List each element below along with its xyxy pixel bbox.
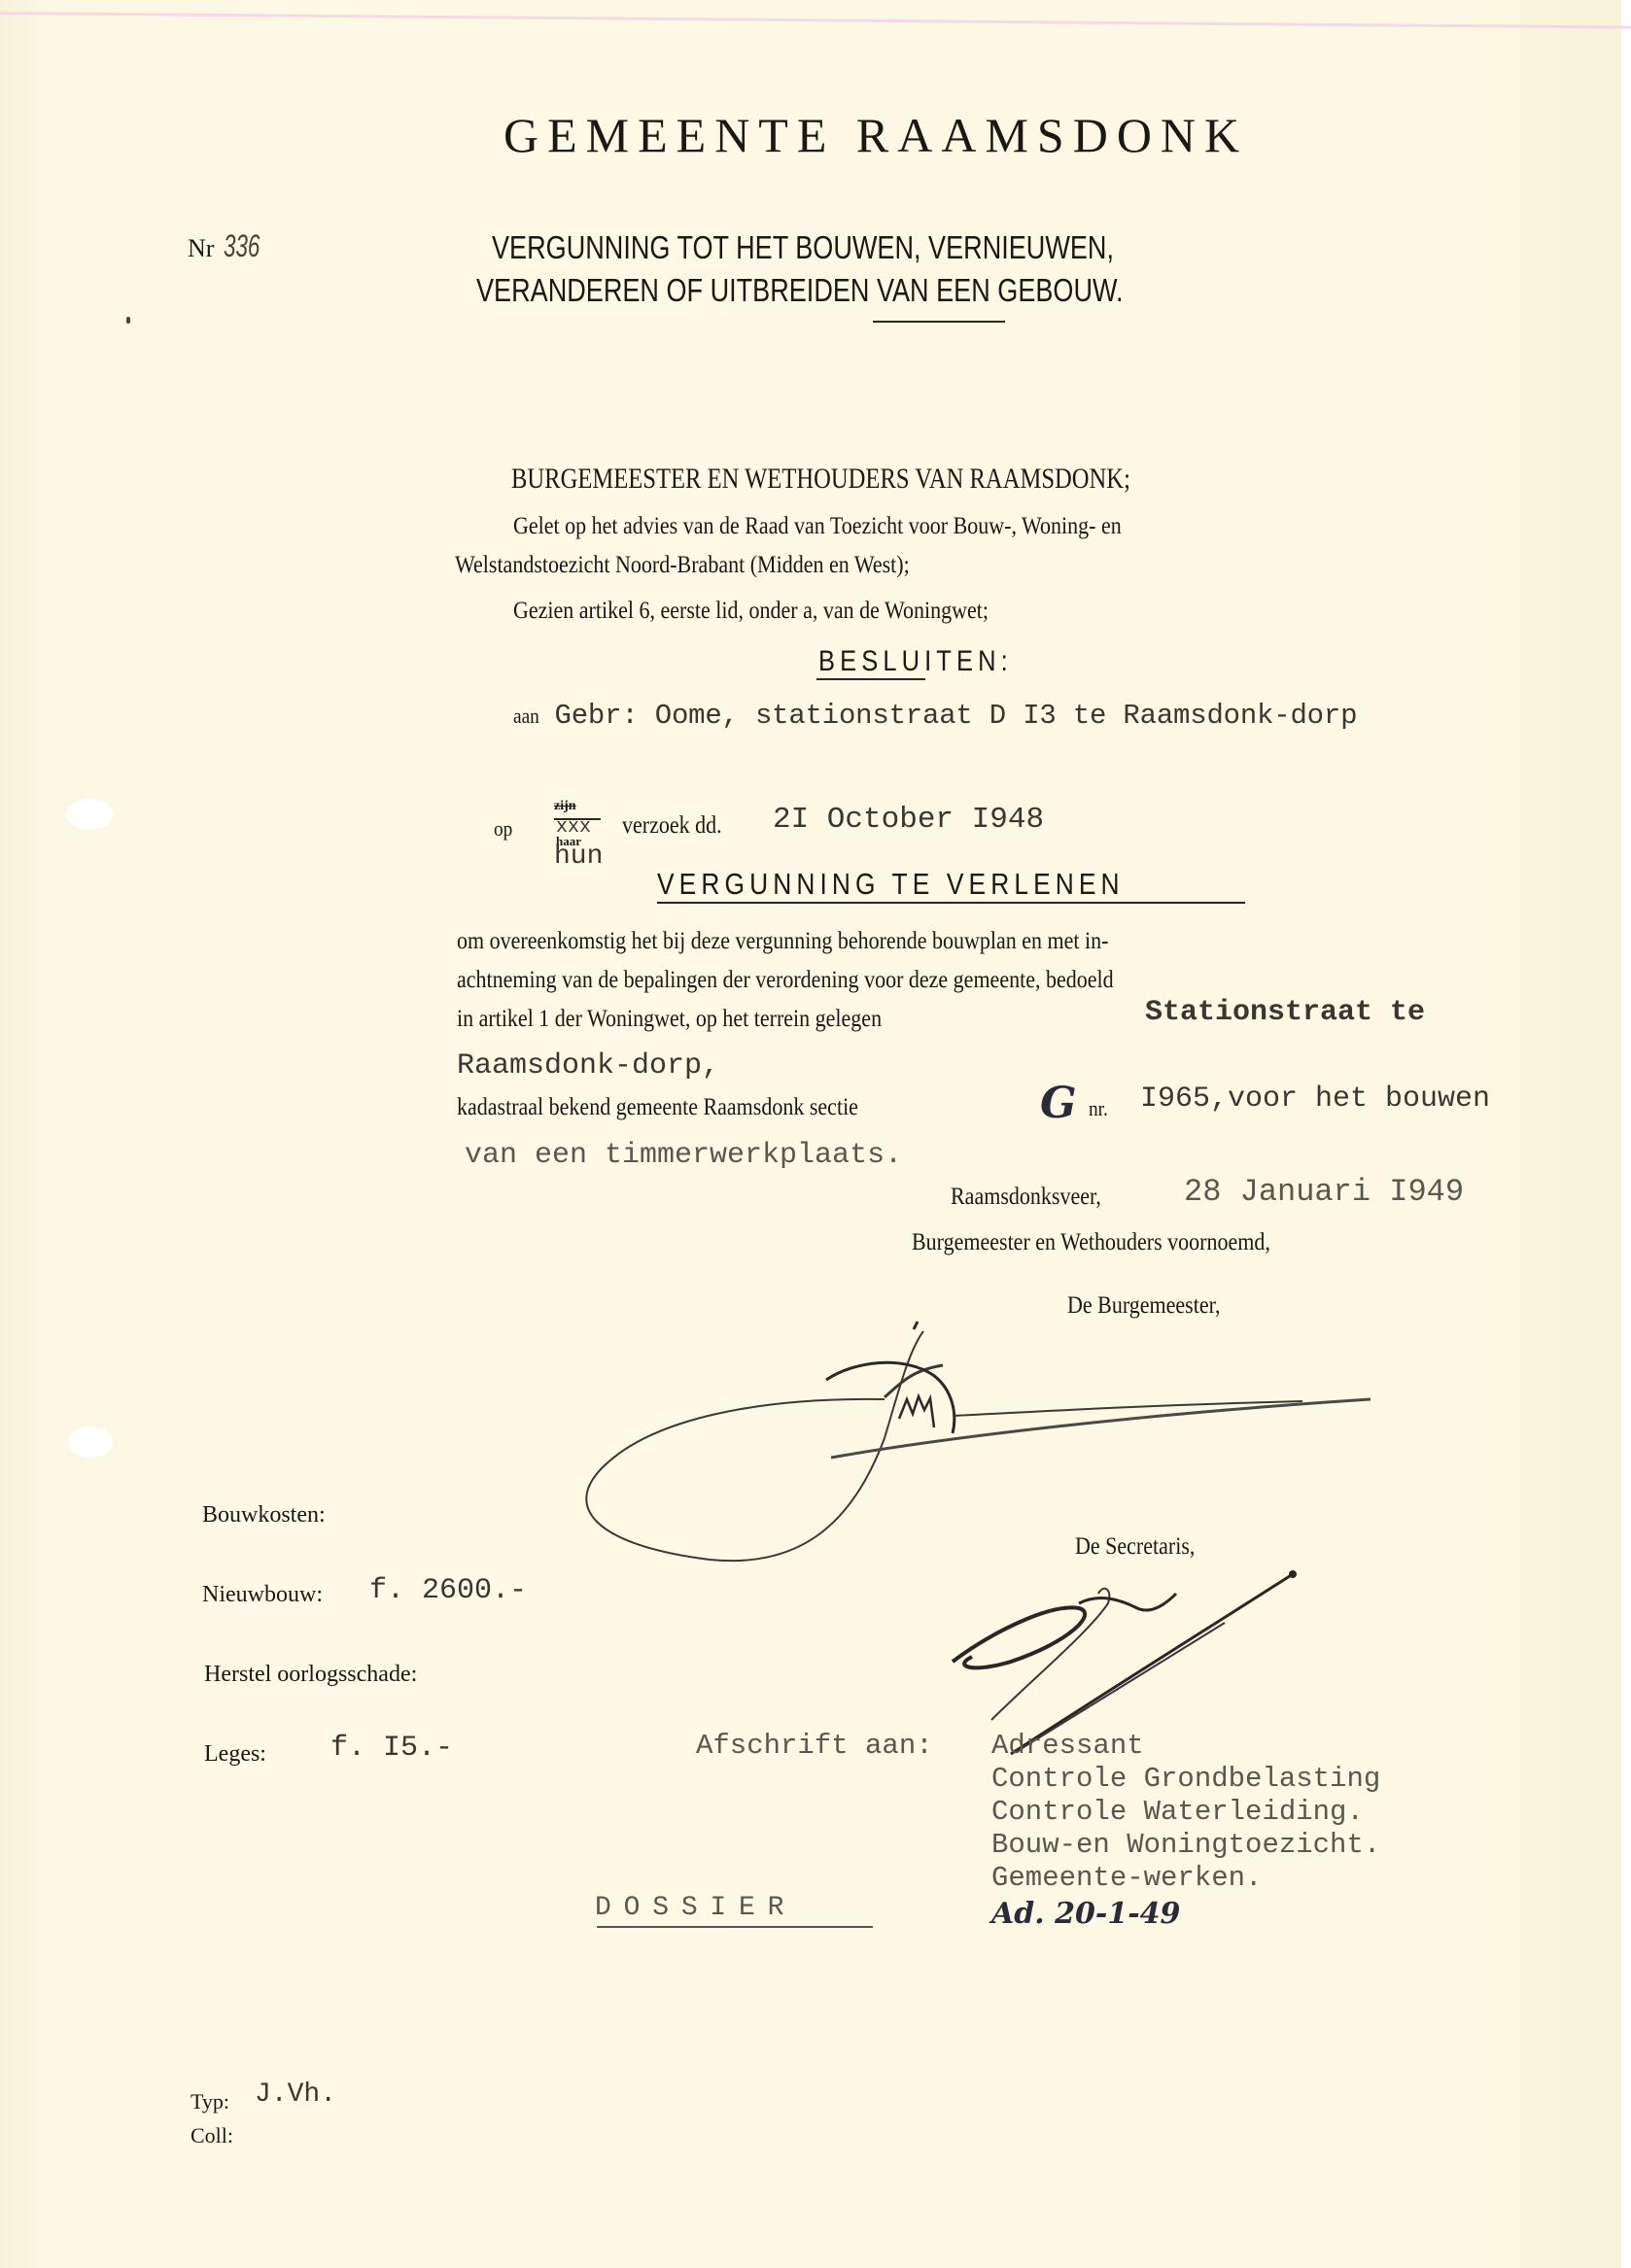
grant-heading: VERGUNNING TE VERLENEN [657,867,1125,902]
copies-label: Afschrift aan: [696,1730,933,1762]
parcel-typed: I965,voor het bouwen [1140,1082,1490,1116]
besluiten-underline [816,678,925,680]
verzoek-label: verzoek dd. [622,812,722,840]
nieuwbouw-label: Nieuwbouw: [202,1582,323,1608]
parcel-nr-label: nr. [1089,1096,1108,1121]
location-typed-2: Raamsdonk-dorp, [457,1049,719,1082]
typ-value: J.Vh. [255,2079,336,2110]
punch-hole-bottom [68,1426,113,1458]
copy-recipient: Adressant [991,1730,1144,1762]
punch-hole-top [66,799,113,830]
recipient-line: aan Gebr: Oome, stationstraat D I3 te Ra… [513,700,1357,732]
margin-dot [126,317,130,324]
copy-recipient: Bouw-en Woningtoezicht. [991,1829,1380,1861]
header-divider [873,321,1005,323]
request-date: 2I October I948 [773,803,1044,837]
grant-underline [657,902,1245,904]
authority-heading: BURGEMEESTER EN WETHOUDERS VAN RAAMSDONK… [511,463,1130,496]
purpose-typed: van een timmerwerkplaats. [465,1139,902,1172]
terms-line1: om overeenkomstig het bij deze vergunnin… [457,928,1108,955]
municipality-title: GEMEENTE RAAMSDONK [503,107,1248,163]
handwritten-note: Ad. 20-1-49 [991,1897,1180,1931]
gezien-line: Gezien artikel 6, eerste lid, onder a, v… [513,598,989,625]
aan-label: aan [513,704,539,729]
sign-date: 28 Januari I949 [1184,1174,1464,1210]
pronoun-zijn: zijn [554,799,576,814]
terms-line2: achtneming van de bepalingen der verorde… [457,967,1114,994]
permit-subtitle-line2: VERANDEREN OF UITBREIDEN VAN EEN GEBOUW. [476,272,1124,309]
place-label: Raamsdonksveer, [951,1184,1101,1211]
gelet-line2: Welstandstoezicht Noord-Brabant (Midden … [455,552,910,579]
gelet-line1: Gelet op het advies van de Raad van Toez… [513,513,1122,540]
recipient-typed: Gebr: Oome, stationstraat D I3 te Raamsd… [555,700,1358,732]
mayor-signature [564,1322,1439,1574]
copy-recipient: Controle Grondbelasting [991,1763,1380,1795]
terms-line3: in artikel 1 der Woningwet, op het terre… [457,1006,882,1033]
pronoun-hun: hun [554,842,603,872]
besluiten-heading: BESLUITEN: [818,645,1013,678]
mayor-title: De Burgemeester, [1067,1292,1221,1320]
signing-authority: Burgemeester en Wethouders voornoemd, [912,1229,1270,1256]
costs-heading: Bouwkosten: [202,1502,326,1529]
herstel-label: Herstel oorlogsschade: [204,1662,417,1688]
sectie-handwritten: G [1040,1079,1077,1128]
nieuwbouw-value: f. 2600.- [369,1574,527,1607]
permit-subtitle-line1: VERGUNNING TOT HET BOUWEN, VERNIEUWEN, [492,229,1114,266]
leges-value: f. I5.- [330,1732,453,1765]
op-label: op [494,816,512,842]
kadaster-label: kadastraal bekend gemeente Raamsdonk sec… [457,1094,858,1121]
secretary-title: De Secretaris, [1075,1533,1195,1561]
coll-label: Coll: [191,2123,233,2148]
location-typed-1: Stationstraat te [1145,996,1425,1029]
pronoun-choice: zijn xxx haar hun [533,799,620,876]
dossier-underline [597,1926,873,1928]
copy-recipient: Controle Waterleiding. [991,1796,1364,1828]
dossier-label: D O S S I E R [595,1893,781,1923]
scan-edge [1621,0,1631,2268]
permit-number: Nr 336 [188,228,276,264]
typ-label: Typ: [191,2089,229,2114]
copy-recipient: Gemeente-werken. [991,1862,1262,1894]
leges-label: Leges: [204,1741,266,1768]
permit-number-label: Nr [188,234,214,262]
permit-number-value: 336 [224,228,260,264]
